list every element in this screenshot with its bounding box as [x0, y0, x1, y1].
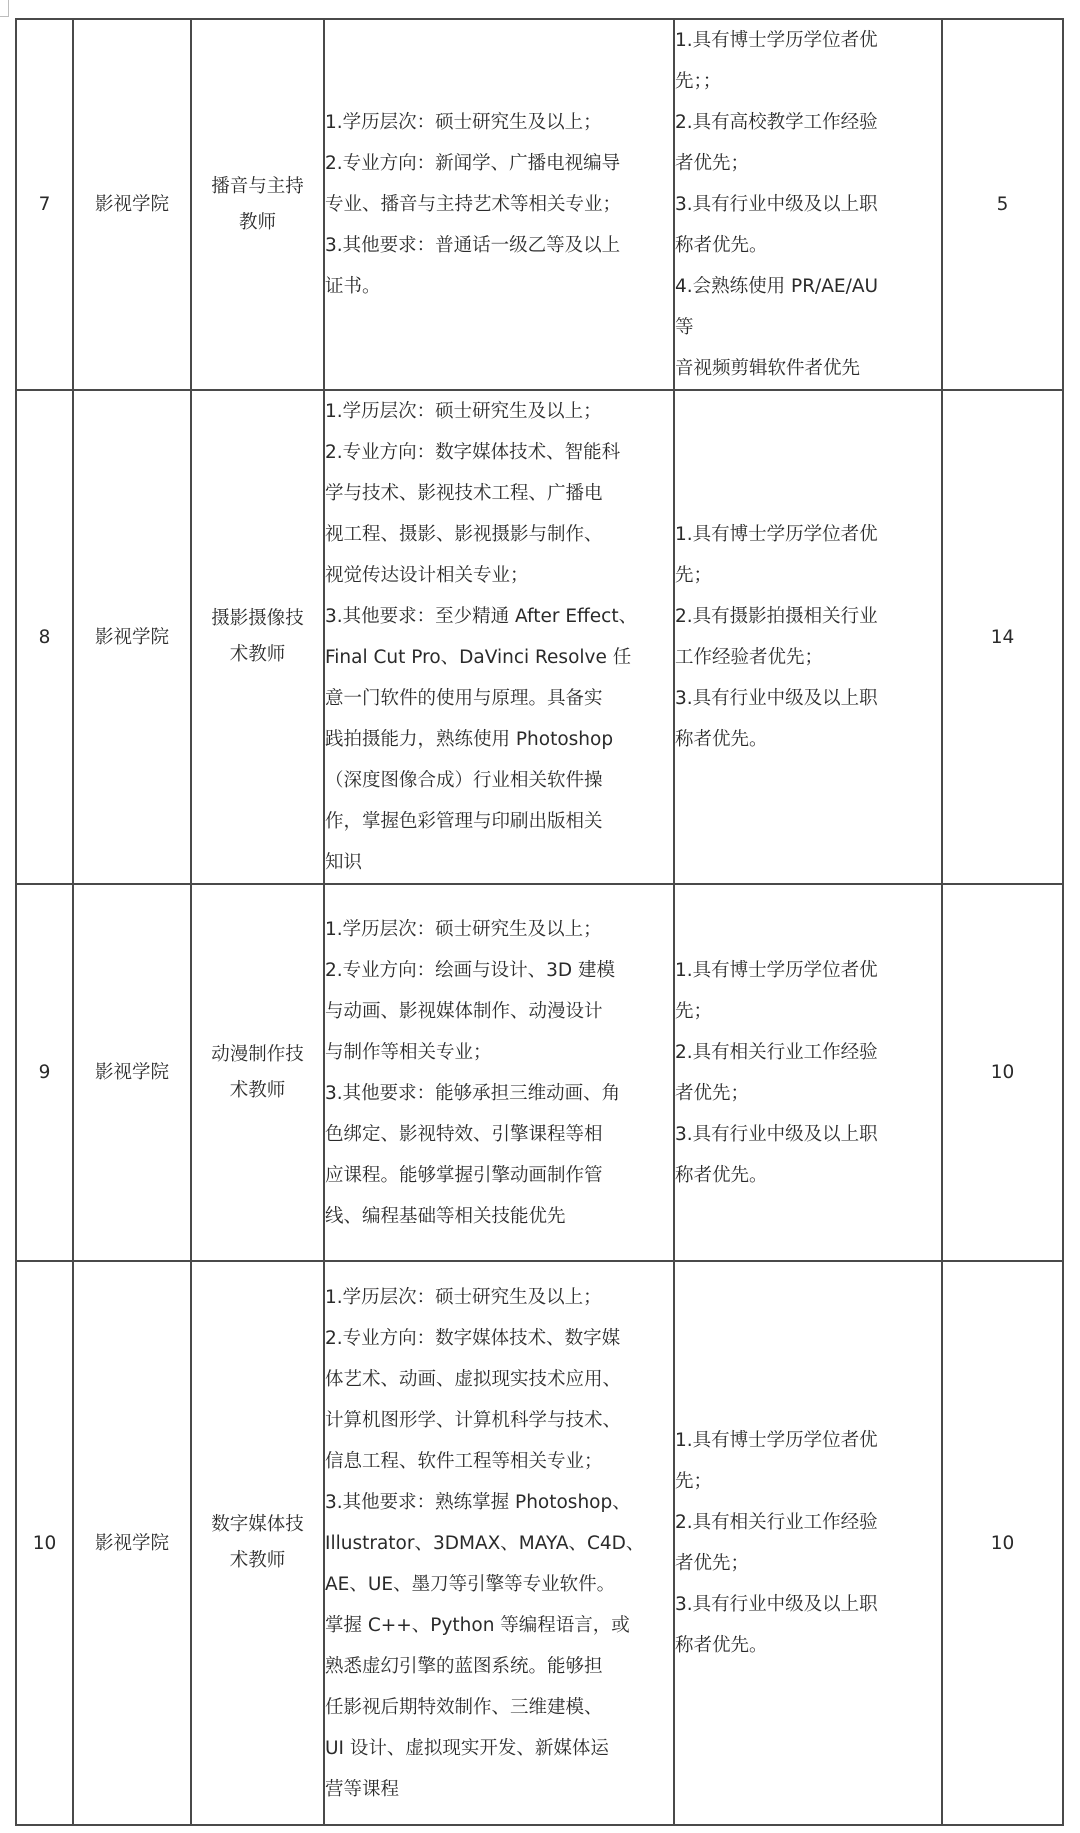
table-row: 10 影视学院 数字媒体技 术教师 1.学历层次：硕士研究生及以上； 2.专业方… [16, 1261, 1063, 1825]
requirement-line: 熟悉虚幻引擎的蓝图系统。能够担 [325, 1646, 673, 1687]
requirement-line: 证书。 [325, 266, 673, 307]
requirement-line: 学与技术、影视技术工程、广播电 [325, 473, 673, 514]
preference-line: 3.具有行业中级及以上职 [675, 1584, 941, 1625]
headcount-cell: 5 [942, 19, 1063, 390]
preference-line: 2.具有高校教学工作经验 [675, 102, 941, 143]
requirement-line: 3.其他要求：普通话一级乙等及以上 [325, 225, 673, 266]
preference-line: 称者优先。 [675, 1625, 941, 1666]
preferences-cell: 1.具有博士学历学位者优 先；； 2.具有高校教学工作经验 者优先； 3.具有行… [674, 19, 942, 390]
headcount-cell: 14 [942, 390, 1063, 884]
requirement-line: 掌握 C++、Python 等编程语言，或 [325, 1605, 673, 1646]
table-row: 9 影视学院 动漫制作技 术教师 1.学历层次：硕士研究生及以上； 2.专业方向… [16, 884, 1063, 1261]
row-number: 7 [16, 19, 73, 390]
preference-line: 1.具有博士学历学位者优 [675, 950, 941, 991]
requirement-line: 3.其他要求：熟练掌握 Photoshop、 [325, 1482, 673, 1523]
preference-line: 4.会熟练使用 PR/AE/AU [675, 266, 941, 307]
requirement-line: 知识 [325, 842, 673, 883]
position-line: 数字媒体技 [192, 1507, 323, 1543]
requirement-line: 2.专业方向：数字媒体技术、智能科 [325, 432, 673, 473]
position-cell: 数字媒体技 术教师 [191, 1261, 324, 1825]
position-line: 术教师 [192, 1543, 323, 1579]
position-line: 术教师 [192, 1073, 323, 1109]
recruitment-table: 7 影视学院 播音与主持 教师 1.学历层次：硕士研究生及以上； 2.专业方向：… [15, 18, 1064, 1826]
position-line: 播音与主持 [192, 169, 323, 205]
preference-line: 2.具有相关行业工作经验 [675, 1502, 941, 1543]
preferences-cell: 1.具有博士学历学位者优 先； 2.具有相关行业工作经验 者优先； 3.具有行业… [674, 1261, 942, 1825]
requirement-line: UI 设计、虚拟现实开发、新媒体运 [325, 1728, 673, 1769]
requirements-cell: 1.学历层次：硕士研究生及以上； 2.专业方向：新闻学、广播电视编导 专业、播音… [324, 19, 674, 390]
preference-line: 称者优先。 [675, 1155, 941, 1196]
requirement-line: 意一门软件的使用与原理。具备实 [325, 678, 673, 719]
preference-line: 2.具有相关行业工作经验 [675, 1032, 941, 1073]
preference-line: 者优先； [675, 1073, 941, 1114]
requirement-line: 3.其他要求：至少精通 After Effect、 [325, 596, 673, 637]
requirement-line: 1.学历层次：硕士研究生及以上； [325, 102, 673, 143]
preference-line: 者优先； [675, 1543, 941, 1584]
preference-line: 2.具有摄影拍摄相关行业 [675, 596, 941, 637]
position-cell: 摄影摄像技 术教师 [191, 390, 324, 884]
requirement-line: 专业、播音与主持艺术等相关专业； [325, 184, 673, 225]
preference-line: 1.具有博士学历学位者优 [675, 1420, 941, 1461]
position-line: 摄影摄像技 [192, 601, 323, 637]
position-cell: 动漫制作技 术教师 [191, 884, 324, 1261]
preference-line: 先；； [675, 61, 941, 102]
preference-line: 3.具有行业中级及以上职 [675, 1114, 941, 1155]
requirement-line: Illustrator、3DMAX、MAYA、C4D、 [325, 1523, 673, 1564]
headcount-cell: 10 [942, 1261, 1063, 1825]
preference-line: 音视频剪辑软件者优先 [675, 348, 941, 389]
requirement-line: 2.专业方向：绘画与设计、3D 建模 [325, 950, 673, 991]
preference-line: 先； [675, 1461, 941, 1502]
requirement-line: 1.学历层次：硕士研究生及以上； [325, 1277, 673, 1318]
preferences-cell: 1.具有博士学历学位者优 先； 2.具有摄影拍摄相关行业 工作经验者优先； 3.… [674, 390, 942, 884]
page-corner-mark [0, 0, 9, 17]
requirement-line: 营等课程 [325, 1769, 673, 1810]
preference-line: 先； [675, 555, 941, 596]
row-number: 8 [16, 390, 73, 884]
college-cell: 影视学院 [73, 884, 191, 1261]
position-line: 术教师 [192, 637, 323, 673]
requirement-line: 与制作等相关专业； [325, 1032, 673, 1073]
requirements-cell: 1.学历层次：硕士研究生及以上； 2.专业方向：数字媒体技术、智能科 学与技术、… [324, 390, 674, 884]
preference-line: 3.具有行业中级及以上职 [675, 184, 941, 225]
requirement-line: 线、编程基础等相关技能优先 [325, 1196, 673, 1237]
requirement-line: 1.学历层次：硕士研究生及以上； [325, 391, 673, 432]
requirement-line: 体艺术、动画、虚拟现实技术应用、 [325, 1359, 673, 1400]
preference-line: 等 [675, 307, 941, 348]
college-cell: 影视学院 [73, 19, 191, 390]
requirement-line: （深度图像合成）行业相关软件操 [325, 760, 673, 801]
requirement-line: 3.其他要求：能够承担三维动画、角 [325, 1073, 673, 1114]
preference-line: 3.具有行业中级及以上职 [675, 678, 941, 719]
requirement-line: 与动画、影视媒体制作、动漫设计 [325, 991, 673, 1032]
requirement-line: Final Cut Pro、DaVinci Resolve 任 [325, 637, 673, 678]
requirement-line: 践拍摄能力，熟练使用 Photoshop [325, 719, 673, 760]
requirement-line: 视觉传达设计相关专业； [325, 555, 673, 596]
preference-line: 称者优先。 [675, 225, 941, 266]
requirement-line: 视工程、摄影、影视摄影与制作、 [325, 514, 673, 555]
position-cell: 播音与主持 教师 [191, 19, 324, 390]
position-line: 动漫制作技 [192, 1037, 323, 1073]
position-line: 教师 [192, 205, 323, 241]
requirement-line: 1.学历层次：硕士研究生及以上； [325, 909, 673, 950]
preference-line: 1.具有博士学历学位者优 [675, 514, 941, 555]
preference-line: 称者优先。 [675, 719, 941, 760]
requirements-cell: 1.学历层次：硕士研究生及以上； 2.专业方向：绘画与设计、3D 建模 与动画、… [324, 884, 674, 1261]
preference-line: 者优先； [675, 143, 941, 184]
preference-line: 工作经验者优先； [675, 637, 941, 678]
row-number: 9 [16, 884, 73, 1261]
table-row: 8 影视学院 摄影摄像技 术教师 1.学历层次：硕士研究生及以上； 2.专业方向… [16, 390, 1063, 884]
requirements-cell: 1.学历层次：硕士研究生及以上； 2.专业方向：数字媒体技术、数字媒 体艺术、动… [324, 1261, 674, 1825]
requirement-line: AE、UE、墨刀等引擎等专业软件。 [325, 1564, 673, 1605]
requirement-line: 计算机图形学、计算机科学与技术、 [325, 1400, 673, 1441]
requirement-line: 2.专业方向：新闻学、广播电视编导 [325, 143, 673, 184]
requirement-line: 2.专业方向：数字媒体技术、数字媒 [325, 1318, 673, 1359]
headcount-cell: 10 [942, 884, 1063, 1261]
row-number: 10 [16, 1261, 73, 1825]
requirement-line: 信息工程、软件工程等相关专业； [325, 1441, 673, 1482]
preference-line: 1.具有博士学历学位者优 [675, 20, 941, 61]
preference-line: 先； [675, 991, 941, 1032]
table-row: 7 影视学院 播音与主持 教师 1.学历层次：硕士研究生及以上； 2.专业方向：… [16, 19, 1063, 390]
requirement-line: 作，掌握色彩管理与印刷出版相关 [325, 801, 673, 842]
requirement-line: 任影视后期特效制作、三维建模、 [325, 1687, 673, 1728]
preferences-cell: 1.具有博士学历学位者优 先； 2.具有相关行业工作经验 者优先； 3.具有行业… [674, 884, 942, 1261]
requirement-line: 应课程。能够掌握引擎动画制作管 [325, 1155, 673, 1196]
college-cell: 影视学院 [73, 390, 191, 884]
college-cell: 影视学院 [73, 1261, 191, 1825]
requirement-line: 色绑定、影视特效、引擎课程等相 [325, 1114, 673, 1155]
